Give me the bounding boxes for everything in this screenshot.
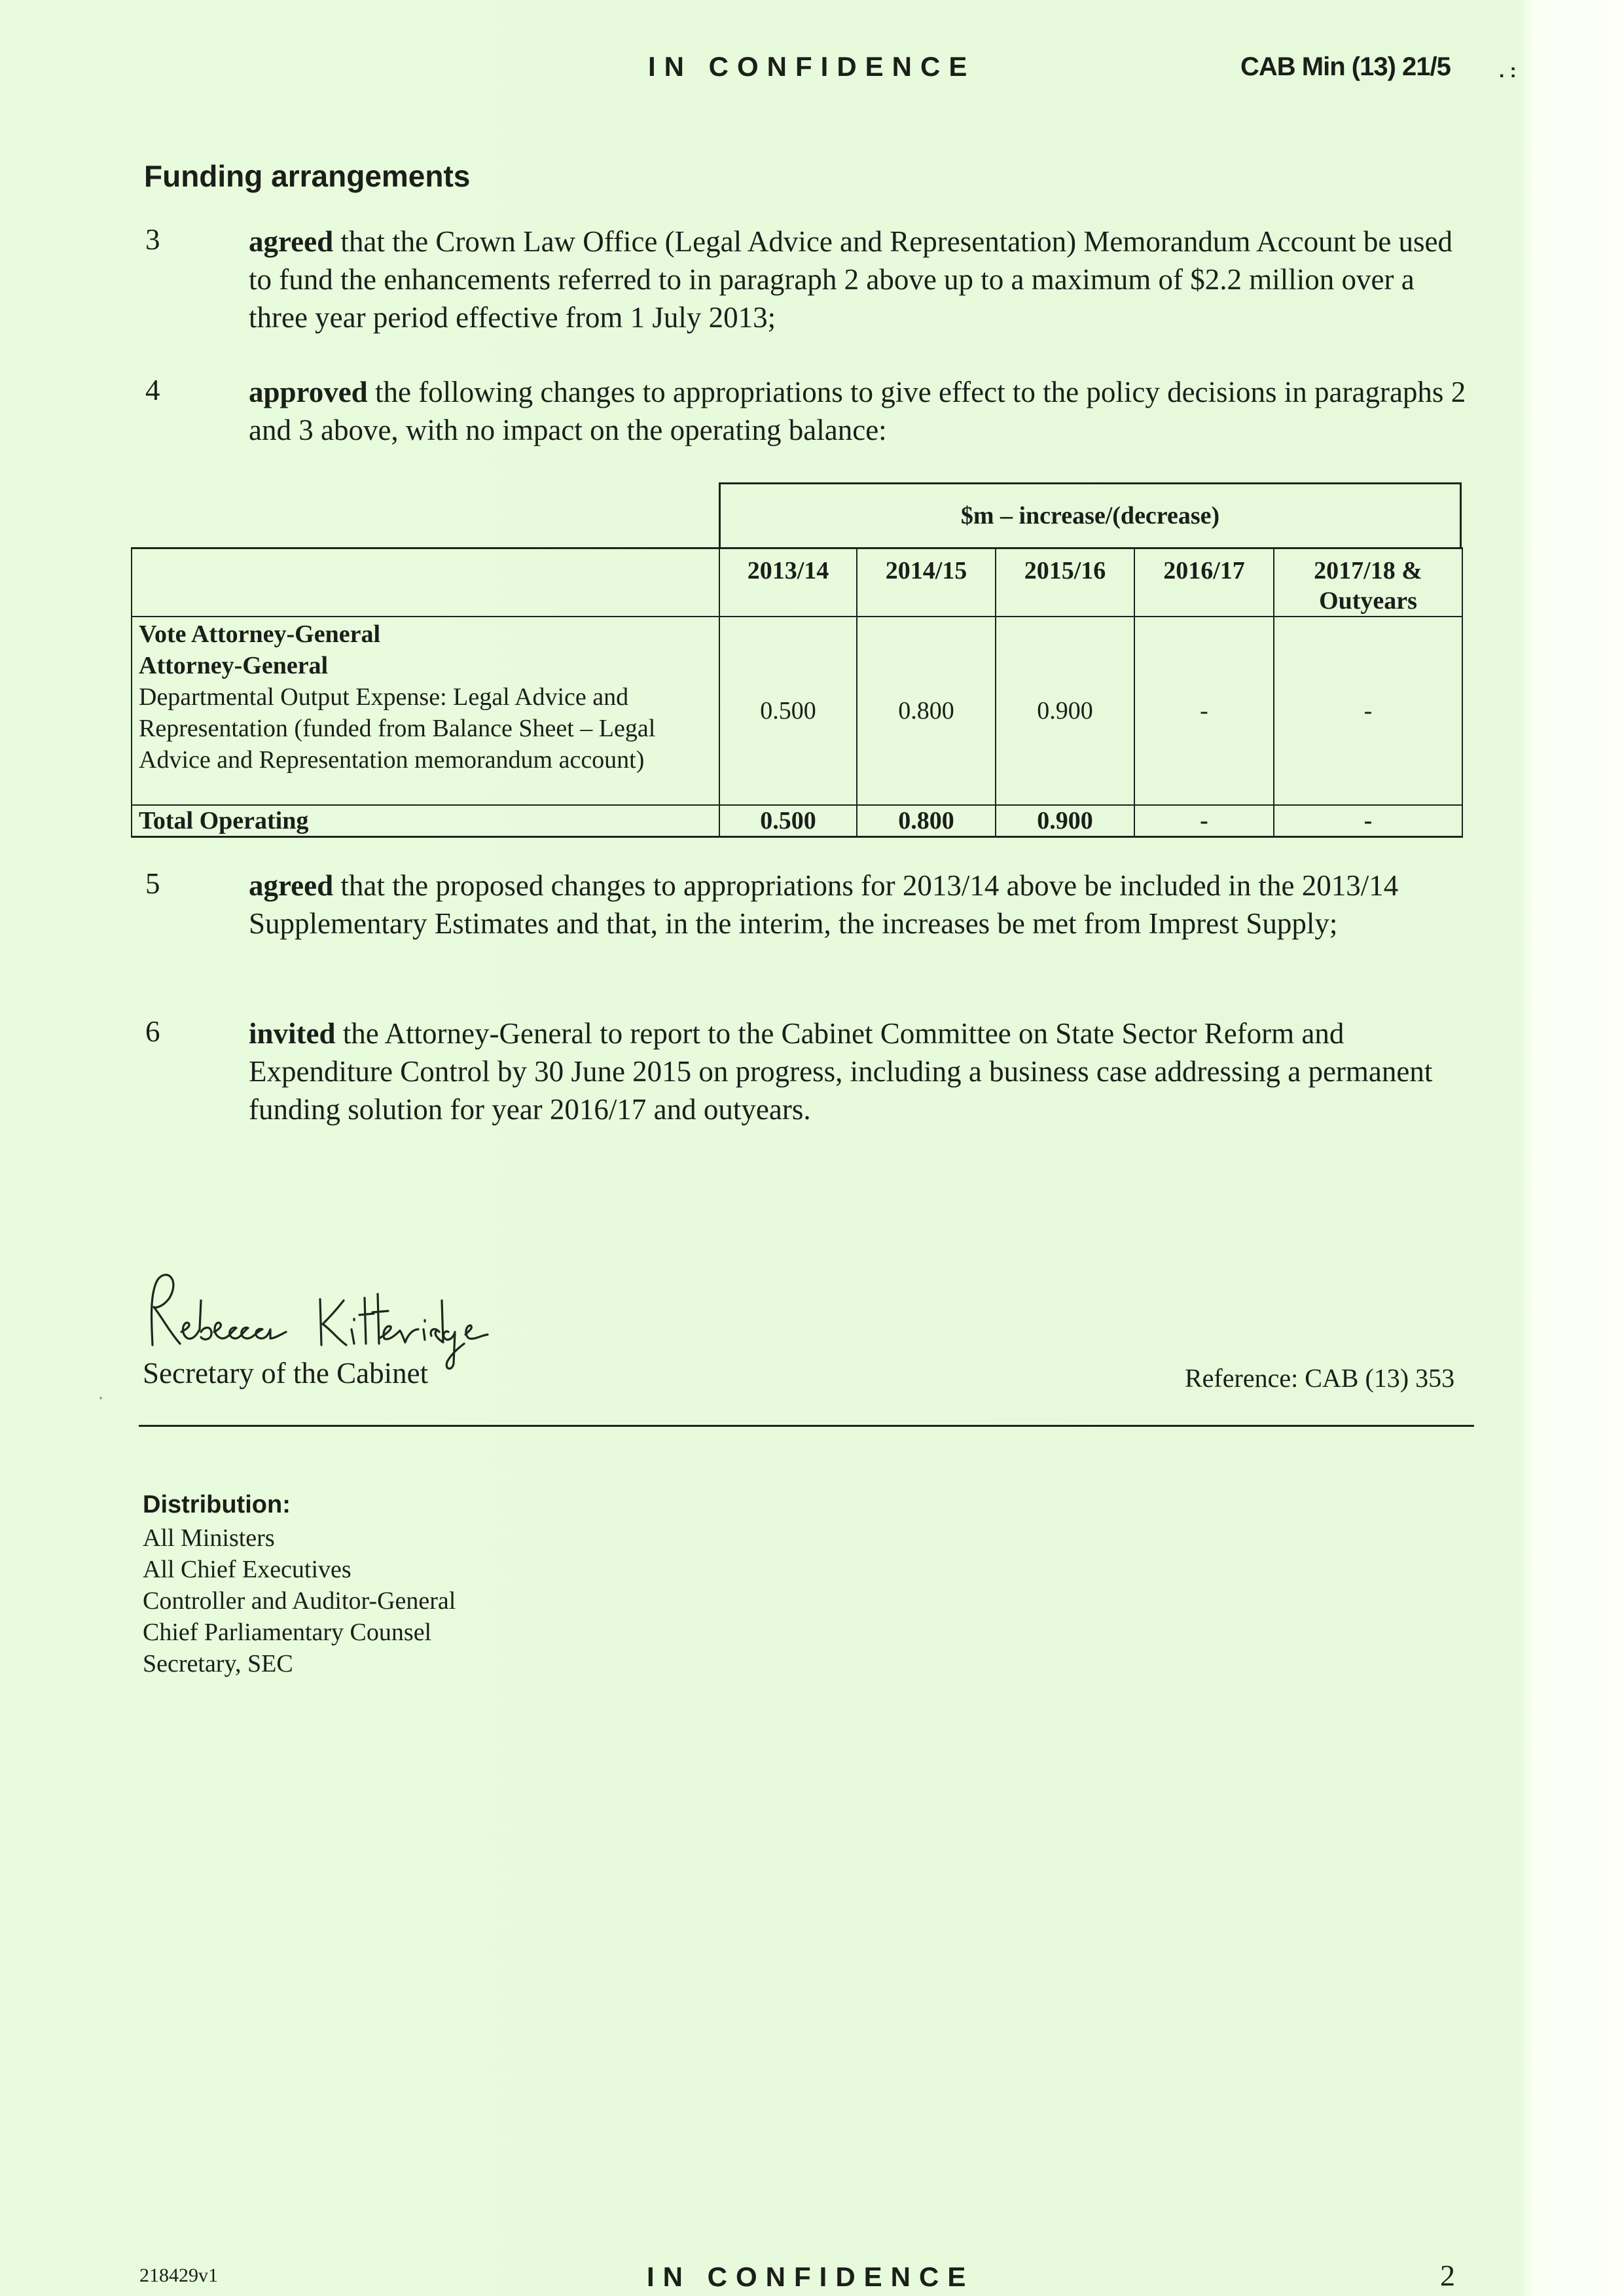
minister-name: Attorney-General (139, 650, 712, 681)
paragraph-text: that the proposed changes to appropriati… (249, 869, 1398, 940)
table-header-cell: 2015/16 (996, 548, 1134, 617)
table-total-row: Total Operating 0.500 0.800 0.900 - - (132, 805, 1462, 837)
distribution-recipient: Chief Parliamentary Counsel (143, 1617, 456, 1648)
total-value-cell: 0.900 (996, 805, 1134, 837)
expense-description: Departmental Output Expense: Legal Advic… (139, 683, 655, 774)
paragraph-number: 6 (145, 1014, 160, 1049)
vote-name: Vote Attorney-General (139, 619, 712, 650)
footer-classification: IN CONFIDENCE (647, 2261, 974, 2293)
signatory-title: Secretary of the Cabinet (143, 1356, 428, 1390)
total-value-cell: 0.800 (857, 805, 996, 837)
distribution-recipient: All Chief Executives (143, 1554, 456, 1585)
row-description: Vote Attorney-General Attorney-General D… (132, 617, 719, 805)
total-value-cell: - (1134, 805, 1274, 837)
value-cell: 0.500 (719, 617, 857, 805)
cabinet-reference: Reference: CAB (13) 353 (1185, 1363, 1454, 1393)
paragraph-number: 3 (145, 223, 160, 257)
value-cell: 0.800 (857, 617, 996, 805)
page-number: 2 (1440, 2258, 1455, 2293)
table-row: Vote Attorney-General Attorney-General D… (132, 617, 1462, 805)
divider (139, 1425, 1474, 1427)
paragraph-verb: agreed (249, 869, 333, 902)
table-unit-header: $m – increase/(decrease) (719, 482, 1462, 547)
appropriations-table: 2013/14 2014/15 2015/16 2016/17 2017/18 … (131, 547, 1463, 838)
paragraph-verb: approved (249, 376, 368, 408)
section-title: Funding arrangements (144, 158, 470, 194)
value-cell: 0.900 (996, 617, 1134, 805)
distribution-list: All Ministers All Chief Executives Contr… (143, 1522, 456, 1679)
paragraph-4: approved the following changes to approp… (249, 373, 1479, 449)
total-value-cell: 0.500 (719, 805, 857, 837)
table-header-cell: 2016/17 (1134, 548, 1274, 617)
paragraph-number: 5 (145, 867, 160, 901)
header-classification: IN CONFIDENCE (648, 51, 975, 82)
paragraph-number: 4 (145, 373, 160, 407)
total-value-cell: - (1274, 805, 1462, 837)
distribution-recipient: Controller and Auditor-General (143, 1585, 456, 1617)
footer-document-id: 218429v1 (139, 2265, 218, 2287)
paragraph-text: the Attorney-General to report to the Ca… (249, 1017, 1432, 1126)
distribution-title: Distribution: (143, 1491, 291, 1519)
paragraph-verb: invited (249, 1017, 336, 1050)
paragraph-verb: agreed (249, 225, 333, 258)
total-label: Total Operating (132, 805, 719, 837)
distribution-recipient: Secretary, SEC (143, 1648, 456, 1679)
paragraph-text: the following changes to appropriations … (249, 376, 1466, 446)
value-cell: - (1134, 617, 1274, 805)
paragraph-3: agreed that the Crown Law Office (Legal … (249, 223, 1479, 336)
scan-artifact (99, 1397, 102, 1399)
table-header-cell: 2013/14 (719, 548, 857, 617)
paragraph-6: invited the Attorney-General to report t… (249, 1014, 1479, 1128)
scan-marks: . : (1499, 60, 1517, 82)
table-header-cell: 2017/18 & Outyears (1274, 548, 1462, 617)
distribution-recipient: All Ministers (143, 1522, 456, 1554)
paragraph-text: that the Crown Law Office (Legal Advice … (249, 225, 1453, 334)
table-header-cell (132, 548, 719, 617)
paragraph-5: agreed that the proposed changes to appr… (249, 867, 1479, 942)
table-header-cell: 2014/15 (857, 548, 996, 617)
value-cell: - (1274, 617, 1462, 805)
table-header-row: 2013/14 2014/15 2015/16 2016/17 2017/18 … (132, 548, 1462, 617)
header-document-reference: CAB Min (13) 21/5 (1240, 52, 1451, 82)
